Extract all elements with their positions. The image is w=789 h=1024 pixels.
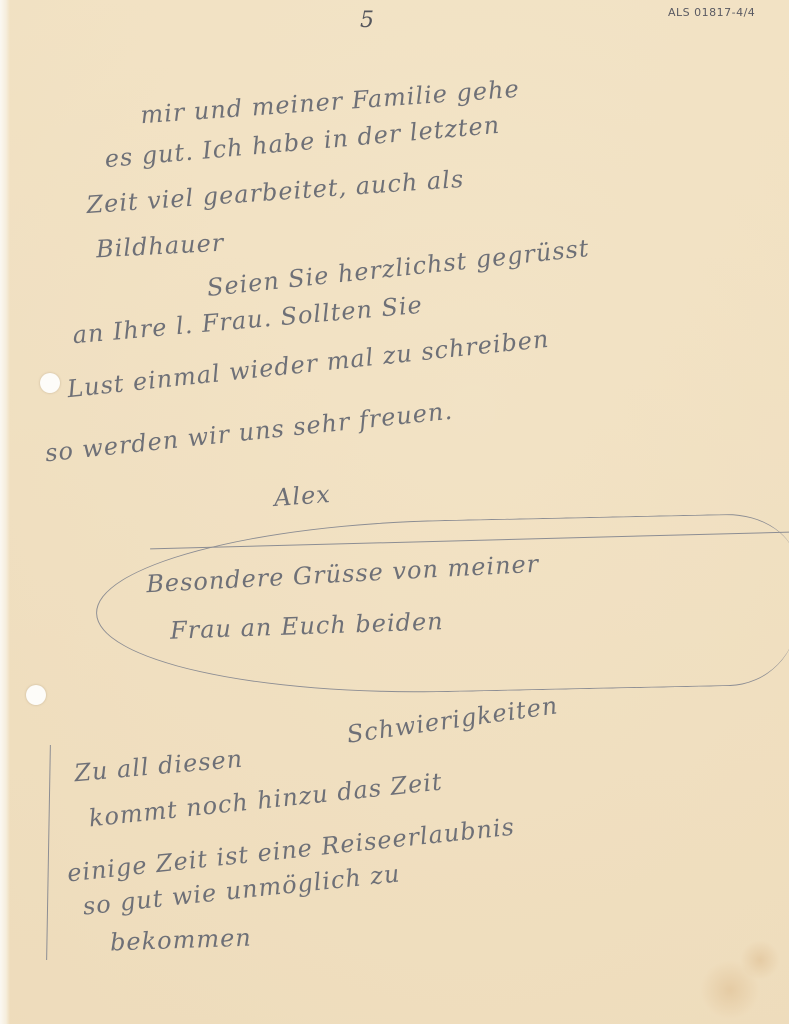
margin-line [46,745,51,960]
paper-edge [0,0,10,1024]
handwritten-line: an Ihre l. Frau. Sollten Sie [71,291,423,350]
page-number: 5 [360,8,374,33]
handwritten-line: Bildhauer [95,229,225,264]
handwritten-line: so werden wir uns sehr freuen. [44,397,455,468]
margin-note-line: Zu all diesen [73,745,244,788]
punch-hole-bottom [26,685,46,705]
margin-note-line: bekommen [110,924,253,957]
handwritten-line: Zeit viel gearbeitet, auch als [85,165,465,219]
archive-reference: ALS 01817-4/4 [668,6,755,19]
punch-hole-top [40,373,60,393]
handwritten-line: Alex [273,480,332,512]
letter-page: ALS 01817-4/4 5 mir und meiner Familie g… [0,0,789,1024]
paper-stain [740,940,780,980]
margin-note-line: Schwierigkeiten [345,691,560,748]
